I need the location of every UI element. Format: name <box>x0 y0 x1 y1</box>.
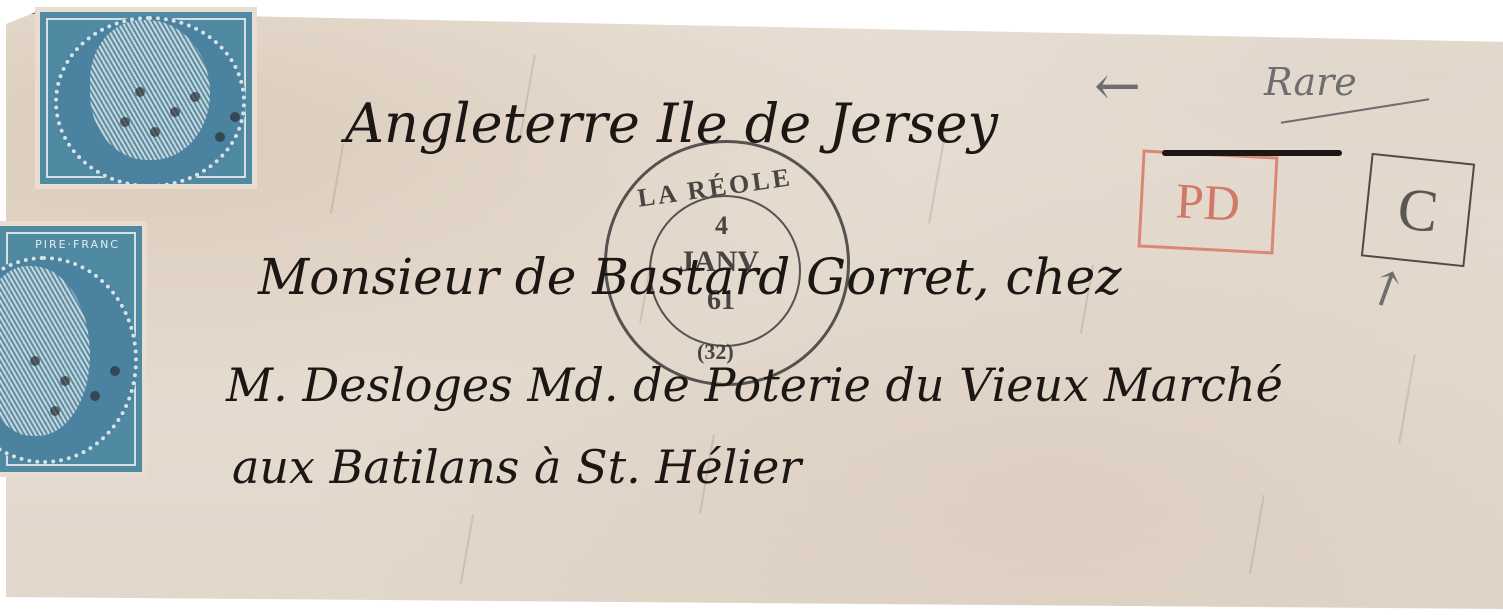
address-line-2: Monsieur de Bastard Gorret, chez <box>258 248 1122 306</box>
ink-underline <box>1162 150 1342 156</box>
pencil-arrow-left-icon: ← <box>1094 54 1141 119</box>
pencil-note-rare: Rare <box>1264 60 1357 104</box>
stamp-top <box>40 12 252 184</box>
stamp-bottom: PIRE·FRANC <box>0 226 142 472</box>
c-handstamp: C <box>1361 153 1475 267</box>
address-line-4: aux Batilans à St. Hélier <box>232 440 801 494</box>
address-line-1: Angleterre Ile de Jersey <box>345 92 998 155</box>
emperor-portrait <box>90 20 210 160</box>
stamp-legend: PIRE·FRANC <box>0 238 120 251</box>
postmark-day: 4 <box>715 211 728 241</box>
pd-handstamp: PD <box>1138 150 1279 255</box>
address-line-3: M. Desloges Md. de Poterie du Vieux Marc… <box>226 358 1283 412</box>
